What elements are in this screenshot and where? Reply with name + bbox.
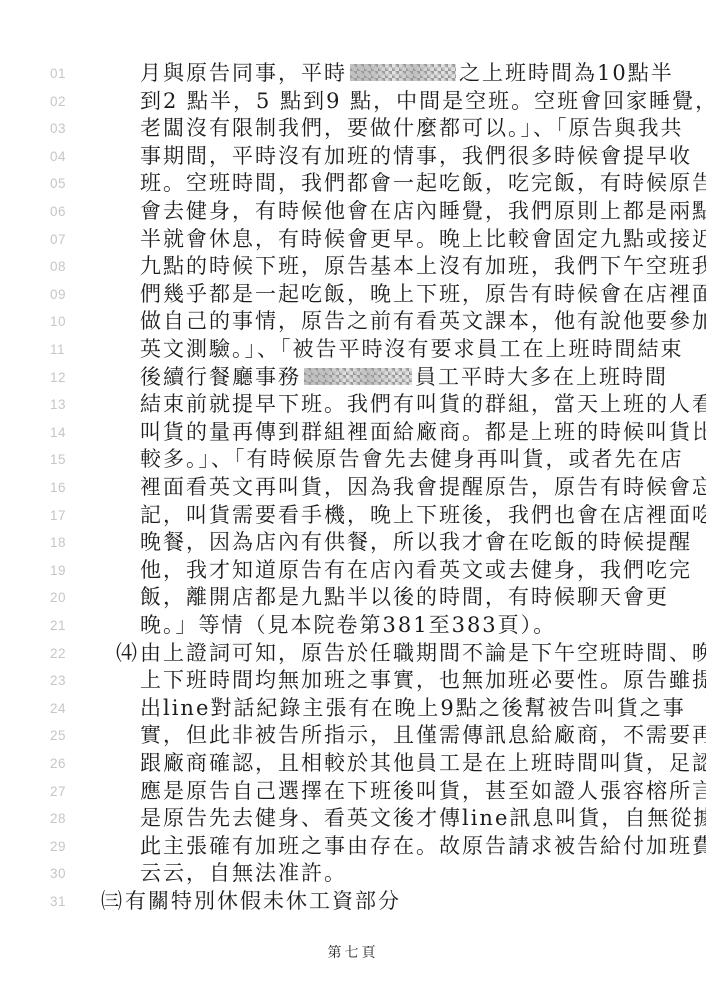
document-line: 11英文測驗。」、「被告平時沒有要求員工在上班時間結束 (0, 336, 706, 364)
document-line: 06會去健身，有時候他會在店內睡覺，我們原則上都是兩點 (0, 198, 706, 226)
line-text: 九點的時候下班，原告基本上沒有加班，我們下午空班我 (140, 253, 706, 281)
document-line: 10做自己的事情，原告之前有看英文課本，他有說他要參加 (0, 308, 706, 336)
line-text: 晚餐，因為店內有供餐，所以我才會在吃飯的時候提醒 (140, 529, 692, 557)
line-text: 出line對話紀錄主張有在晚上9點之後幫被告叫貨之事 (140, 695, 686, 723)
line-number: 13 (50, 391, 66, 419)
text-segment: 半就會休息，有時候會更早。晚上比較會固定九點或接近 (140, 227, 706, 251)
line-text: ⑷由上證詞可知，原告於任職期間不論是下午空班時間、晚 (116, 640, 706, 668)
redacted-name-block (350, 64, 456, 81)
document-line: 02到2 點半，5 點到9 點，中間是空班。空班會回家睡覺， (0, 88, 706, 116)
line-text: 到2 點半，5 點到9 點，中間是空班。空班會回家睡覺， (140, 88, 706, 116)
line-text: 英文測驗。」、「被告平時沒有要求員工在上班時間結束 (140, 336, 684, 364)
line-text: 應是原告自己選擇在下班後叫貨，甚至如證人張容榕所言 (140, 778, 706, 806)
line-text: 們幾乎都是一起吃飯，晚上下班，原告有時候會在店裡面 (140, 281, 706, 309)
line-number: 01 (50, 60, 66, 88)
text-segment: 跟廠商確認，且相較於其他員工是在上班時間叫貨，足認 (140, 751, 706, 775)
line-text: 後續行餐廳事務員工平時大多在上班時間 (140, 364, 668, 392)
text-segment: 叫貨的量再傳到群組裡面給廠商。都是上班的時候叫貨比 (140, 420, 706, 444)
line-number: 04 (50, 143, 66, 171)
line-text: 較多。」、「有時候原告會先去健身再叫貨，或者先在店 (140, 446, 684, 474)
line-number: 27 (50, 778, 66, 806)
line-number: 07 (50, 226, 66, 254)
text-segment: 應是原告自己選擇在下班後叫貨，甚至如證人張容榕所言 (140, 779, 706, 803)
document-line: 27應是原告自己選擇在下班後叫貨，甚至如證人張容榕所言 (0, 778, 706, 806)
line-number: 05 (50, 170, 66, 198)
document-line: 21晚。」等情（見本院卷第381至383頁）。 (0, 612, 706, 640)
court-judgment-page: 01月與原告同事，平時之上班時間為10點半02到2 點半，5 點到9 點，中間是… (0, 0, 706, 1000)
line-text: 是原告先去健身、看英文後才傳line訊息叫貨，自無從據 (140, 805, 706, 833)
document-line: 28是原告先去健身、看英文後才傳line訊息叫貨，自無從據 (0, 805, 706, 833)
text-segment: 後續行餐廳事務 (140, 365, 301, 389)
page-number-footer: 第七頁 (0, 942, 706, 962)
text-segment: 裡面看英文再叫貨，因為我會提醒原告，原告有時候會忘 (140, 475, 706, 499)
text-segment: 英文測驗。」、「被告平時沒有要求員工在上班時間結束 (140, 337, 684, 361)
text-segment: 出line對話紀錄主張有在晚上9點之後幫被告叫貨之事 (140, 696, 686, 720)
document-line: 08九點的時候下班，原告基本上沒有加班，我們下午空班我 (0, 253, 706, 281)
line-text: 晚。」等情（見本院卷第381至383頁）。 (140, 612, 556, 640)
text-segment: 員工平時大多在上班時間 (415, 365, 668, 389)
redacted-name-block (304, 368, 412, 385)
line-text: 云云，自無法准許。 (140, 860, 347, 888)
line-text: 裡面看英文再叫貨，因為我會提醒原告，原告有時候會忘 (140, 474, 706, 502)
line-text: 半就會休息，有時候會更早。晚上比較會固定九點或接近 (140, 226, 706, 254)
text-segment: 結束前就提早下班。我們有叫貨的群組，當天上班的人看 (140, 392, 706, 416)
text-segment: 晚。」等情（見本院卷第381至383頁）。 (140, 613, 556, 637)
line-number: 11 (50, 336, 65, 364)
text-segment: 他，我才知道原告有在店內看英文或去健身，我們吃完 (140, 558, 692, 582)
document-line: 25實，但此非被告所指示，且僅需傳訊息給廠商，不需要再 (0, 722, 706, 750)
line-text: 事期間，平時沒有加班的情事，我們很多時候會提早收 (140, 143, 692, 171)
document-line: 15較多。」、「有時候原告會先去健身再叫貨，或者先在店 (0, 446, 706, 474)
line-number: 31 (50, 888, 66, 916)
line-text: 結束前就提早下班。我們有叫貨的群組，當天上班的人看 (140, 391, 706, 419)
line-number: 30 (50, 860, 66, 888)
document-line: 12後續行餐廳事務員工平時大多在上班時間 (0, 364, 706, 392)
document-line: 04事期間，平時沒有加班的情事，我們很多時候會提早收 (0, 143, 706, 171)
text-segment: 由上證詞可知，原告於任職期間不論是下午空班時間、晚 (140, 641, 706, 665)
line-text: 上下班時間均無加班之事實，也無加班必要性。原告雖提 (140, 667, 706, 695)
line-text: 做自己的事情，原告之前有看英文課本，他有說他要參加 (140, 308, 706, 336)
line-text: 月與原告同事，平時之上班時間為10點半 (140, 60, 674, 88)
document-line: 20飯，離開店都是九點半以後的時間，有時候聊天會更 (0, 584, 706, 612)
text-segment: 此主張確有加班之事由存在。故原告請求被告給付加班費 (140, 834, 706, 858)
text-segment: 晚餐，因為店內有供餐，所以我才會在吃飯的時候提醒 (140, 530, 692, 554)
document-line: 14叫貨的量再傳到群組裡面給廠商。都是上班的時候叫貨比 (0, 419, 706, 447)
line-number: 03 (50, 115, 66, 143)
line-number: 15 (50, 446, 66, 474)
line-text: 飯，離開店都是九點半以後的時間，有時候聊天會更 (140, 584, 669, 612)
text-segment: 上下班時間均無加班之事實，也無加班必要性。原告雖提 (140, 668, 706, 692)
document-line: 29此主張確有加班之事由存在。故原告請求被告給付加班費 (0, 833, 706, 861)
text-segment: 有關特別休假未休工資部分 (125, 889, 401, 913)
line-number: 18 (50, 529, 66, 557)
text-segment: 老闆沒有限制我們，要做什麼都可以。」、「原告與我共 (140, 116, 684, 140)
document-line: 26跟廠商確認，且相較於其他員工是在上班時間叫貨，足認 (0, 750, 706, 778)
document-line: 24出line對話紀錄主張有在晚上9點之後幫被告叫貨之事 (0, 695, 706, 723)
document-line: 01月與原告同事，平時之上班時間為10點半 (0, 60, 706, 88)
line-number: 25 (50, 722, 66, 750)
document-line: 17記，叫貨需要看手機，晚上下班後，我們也會在店裡面吃 (0, 502, 706, 530)
list-item-marker: ㈢ (101, 888, 124, 916)
text-segment: 會去健身，有時候他會在店內睡覺，我們原則上都是兩點 (140, 199, 706, 223)
line-text: 實，但此非被告所指示，且僅需傳訊息給廠商，不需要再 (140, 722, 706, 750)
list-item-marker: ⑷ (116, 640, 139, 668)
line-text: 跟廠商確認，且相較於其他員工是在上班時間叫貨，足認 (140, 750, 706, 778)
document-line: 16裡面看英文再叫貨，因為我會提醒原告，原告有時候會忘 (0, 474, 706, 502)
line-text: 記，叫貨需要看手機，晚上下班後，我們也會在店裡面吃 (140, 502, 706, 530)
document-line: 09們幾乎都是一起吃飯，晚上下班，原告有時候會在店裡面 (0, 281, 706, 309)
line-number: 16 (50, 474, 66, 502)
line-number: 20 (50, 584, 66, 612)
line-text: 會去健身，有時候他會在店內睡覺，我們原則上都是兩點 (140, 198, 706, 226)
document-line: 05班。空班時間，我們都會一起吃飯，吃完飯，有時候原告 (0, 170, 706, 198)
text-segment: 九點的時候下班，原告基本上沒有加班，我們下午空班我 (140, 254, 706, 278)
line-text: 老闆沒有限制我們，要做什麼都可以。」、「原告與我共 (140, 115, 684, 143)
text-segment: 實，但此非被告所指示，且僅需傳訊息給廠商，不需要再 (140, 723, 706, 747)
line-text: 叫貨的量再傳到群組裡面給廠商。都是上班的時候叫貨比 (140, 419, 706, 447)
text-segment: 們幾乎都是一起吃飯，晚上下班，原告有時候會在店裡面 (140, 282, 706, 306)
line-number: 19 (50, 557, 66, 585)
document-line: 22⑷由上證詞可知，原告於任職期間不論是下午空班時間、晚 (0, 640, 706, 668)
text-segment: 事期間，平時沒有加班的情事，我們很多時候會提早收 (140, 144, 692, 168)
line-number: 26 (50, 750, 66, 778)
line-number: 17 (50, 502, 66, 530)
text-segment: 云云，自無法准許。 (140, 861, 347, 885)
line-number: 22 (50, 640, 66, 668)
line-number: 14 (50, 419, 66, 447)
line-text: ㈢有關特別休假未休工資部分 (101, 888, 401, 916)
text-segment: 班。空班時間，我們都會一起吃飯，吃完飯，有時候原告 (140, 171, 706, 195)
line-number: 06 (50, 198, 66, 226)
line-number: 02 (50, 88, 66, 116)
text-segment: 做自己的事情，原告之前有看英文課本，他有說他要參加 (140, 309, 706, 333)
text-segment: 月與原告同事，平時 (140, 61, 347, 85)
text-segment: 飯，離開店都是九點半以後的時間，有時候聊天會更 (140, 585, 669, 609)
line-number: 23 (50, 667, 66, 695)
text-segment: 是原告先去健身、看英文後才傳line訊息叫貨，自無從據 (140, 806, 706, 830)
document-line: 31㈢有關特別休假未休工資部分 (0, 888, 706, 916)
document-line: 13結束前就提早下班。我們有叫貨的群組，當天上班的人看 (0, 391, 706, 419)
text-segment: 之上班時間為10點半 (459, 61, 674, 85)
line-number: 24 (50, 695, 66, 723)
line-number: 10 (50, 308, 66, 336)
text-segment: 記，叫貨需要看手機，晚上下班後，我們也會在店裡面吃 (140, 503, 706, 527)
document-line: 30云云，自無法准許。 (0, 860, 706, 888)
text-segment: 較多。」、「有時候原告會先去健身再叫貨，或者先在店 (140, 447, 684, 471)
document-line: 07半就會休息，有時候會更早。晚上比較會固定九點或接近 (0, 226, 706, 254)
line-number: 12 (50, 364, 66, 392)
document-line: 18晚餐，因為店內有供餐，所以我才會在吃飯的時候提醒 (0, 529, 706, 557)
line-number: 28 (50, 805, 66, 833)
line-number: 08 (50, 253, 66, 281)
line-number: 29 (50, 833, 66, 861)
line-number: 21 (50, 612, 66, 640)
line-text: 他，我才知道原告有在店內看英文或去健身，我們吃完 (140, 557, 692, 585)
document-line: 03老闆沒有限制我們，要做什麼都可以。」、「原告與我共 (0, 115, 706, 143)
line-text: 班。空班時間，我們都會一起吃飯，吃完飯，有時候原告 (140, 170, 706, 198)
line-number: 09 (50, 281, 66, 309)
document-line: 19他，我才知道原告有在店內看英文或去健身，我們吃完 (0, 557, 706, 585)
line-text: 此主張確有加班之事由存在。故原告請求被告給付加班費 (140, 833, 706, 861)
text-segment: 到2 點半，5 點到9 點，中間是空班。空班會回家睡覺， (140, 89, 706, 113)
document-line: 23上下班時間均無加班之事實，也無加班必要性。原告雖提 (0, 667, 706, 695)
